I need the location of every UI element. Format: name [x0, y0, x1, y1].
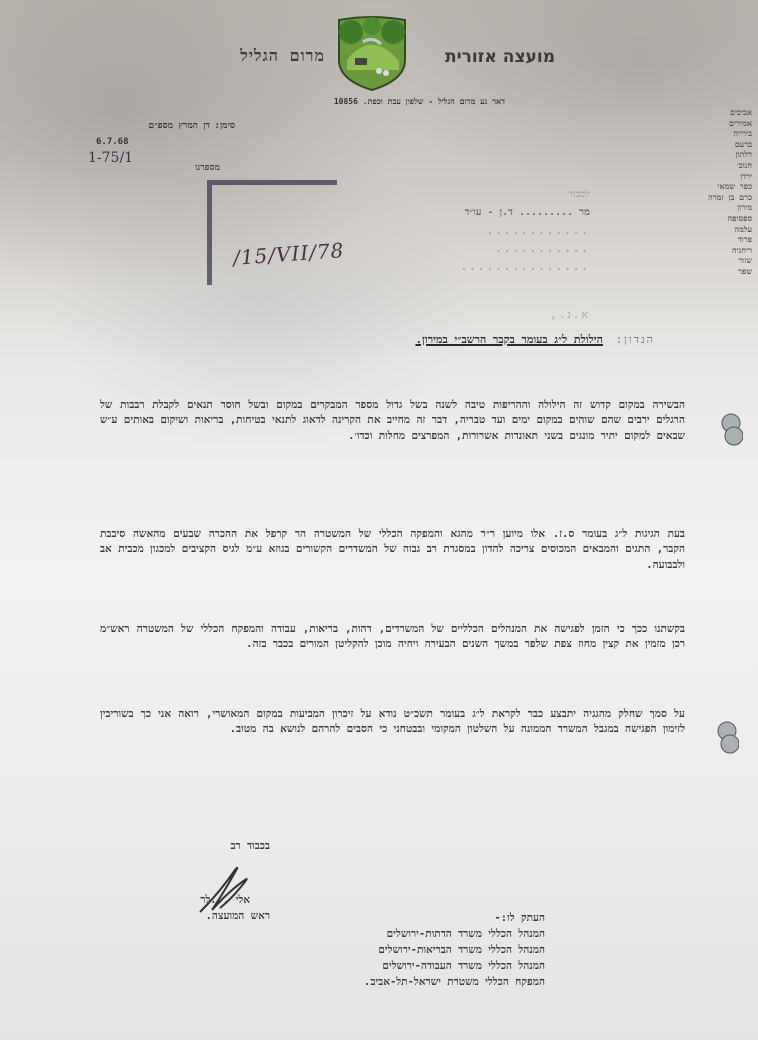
settlement-item: כרם בן זמרה: [692, 193, 752, 204]
settlement-item: דלתון: [692, 150, 752, 161]
settlement-item: שזור: [692, 256, 752, 267]
reference-value: דן המרץ מספ״ם: [100, 120, 210, 131]
addressee-line: מר ......... ד.ן - עו״ד: [430, 204, 590, 222]
reference-date: 6.7.68: [96, 137, 129, 147]
subject-text: הילולת ל״ג בעומר בקבר הרשב״י במירון.: [415, 333, 602, 346]
paragraph-text: על סמך שחלק מהגגיה יתבצע כבר לקראת ל״ג ב…: [100, 707, 685, 738]
reference-secondary-label: מספרנו: [160, 162, 220, 173]
closing-text: בכבוד רב: [160, 838, 270, 854]
settlement-item: בירייה: [692, 129, 752, 140]
addressee-line: ...........: [430, 240, 590, 258]
settlement-item: שפר: [692, 267, 752, 278]
settlement-item: אביבים: [692, 108, 752, 119]
subject-label: הנדון:: [616, 333, 655, 346]
punch-hole-icon: [721, 412, 743, 448]
body-paragraph: על סמך שחלק מהגגיה יתבצע כבר לקראת ל״ג ב…: [100, 707, 685, 738]
settlement-item: אמירים: [692, 119, 752, 130]
body-paragraph: הבשירה במקום קדוש זה הילולה וההריפות טיב…: [100, 398, 685, 444]
settlement-item: ירדן: [692, 172, 752, 183]
body-paragraph: בקשתנו ככך כי הזמן לפגישה את המנהלים הכל…: [100, 622, 685, 653]
addressee-salutation: לכבוד: [430, 186, 590, 204]
greeting: א.נ.,: [540, 308, 590, 321]
cc-recipient: המפקח הכללי משטרת ישראל-תל-אביב.: [300, 974, 545, 990]
settlements-list: אביבים אמירים בירייה ברעם דלתון חנוכ׳ יר…: [692, 108, 752, 278]
cc-label: העתק לו:-: [300, 910, 545, 926]
body-paragraph: בעת הגיגות ל״ג בעומר ס.ז. אלו מיוען ר״ר …: [100, 527, 685, 573]
settlement-item: חנוכ׳: [692, 161, 752, 172]
settlement-item: מירון: [692, 203, 752, 214]
paragraph-text: הבשירה במקום קדוש זה הילולה וההריפות טיב…: [100, 398, 685, 444]
handwritten-reference: 1-75/1: [88, 150, 133, 166]
cc-recipient: המנהל הכללי משרד הדתות-ירושלים: [300, 926, 545, 942]
org-name: מרום הגליל: [180, 46, 325, 66]
settlement-item: ברעם: [692, 140, 752, 151]
addressee-line: ...............: [430, 258, 590, 276]
received-stamp: [207, 180, 337, 285]
settlement-item: כפר שמאי: [692, 182, 752, 193]
cc-recipient: המנהל הכללי משרד הבריאות-ירושלים: [300, 942, 545, 958]
org-type: מועצה אזורית: [425, 47, 555, 67]
signer-name: אלי ...לר: [150, 892, 250, 908]
council-emblem-icon: [333, 16, 411, 92]
settlement-item: פרוד: [692, 235, 752, 246]
signer-title: ראש המועצה.: [150, 908, 270, 924]
paragraph-text: בקשתנו ככך כי הזמן לפגישה את המנהלים הכל…: [100, 622, 685, 653]
reference-label: סימן:: [195, 120, 235, 131]
cc-recipient: המנהל הכללי משרד העבודה-ירושלים: [300, 958, 545, 974]
settlement-item: ריחניה: [692, 246, 752, 257]
punch-hole-icon: [717, 720, 739, 756]
addressee-block: לכבוד מר ......... ד.ן - עו״ד ..........…: [430, 186, 590, 276]
letterhead-address: דאר נע מרום הגליל - שלפון עבת וכפת. 1085…: [240, 97, 505, 106]
settlement-item: ספסופה: [692, 214, 752, 225]
addressee-line: ............: [430, 222, 590, 240]
paragraph-text: בעת הגיגות ל״ג בעומר ס.ז. אלו מיוען ר״ר …: [100, 527, 685, 573]
subject-line: הנדון: הילולת ל״ג בעומר בקבר הרשב״י במיר…: [150, 333, 655, 346]
cc-block: העתק לו:- המנהל הכללי משרד הדתות-ירושלים…: [300, 910, 545, 990]
settlement-item: עלמה: [692, 225, 752, 236]
